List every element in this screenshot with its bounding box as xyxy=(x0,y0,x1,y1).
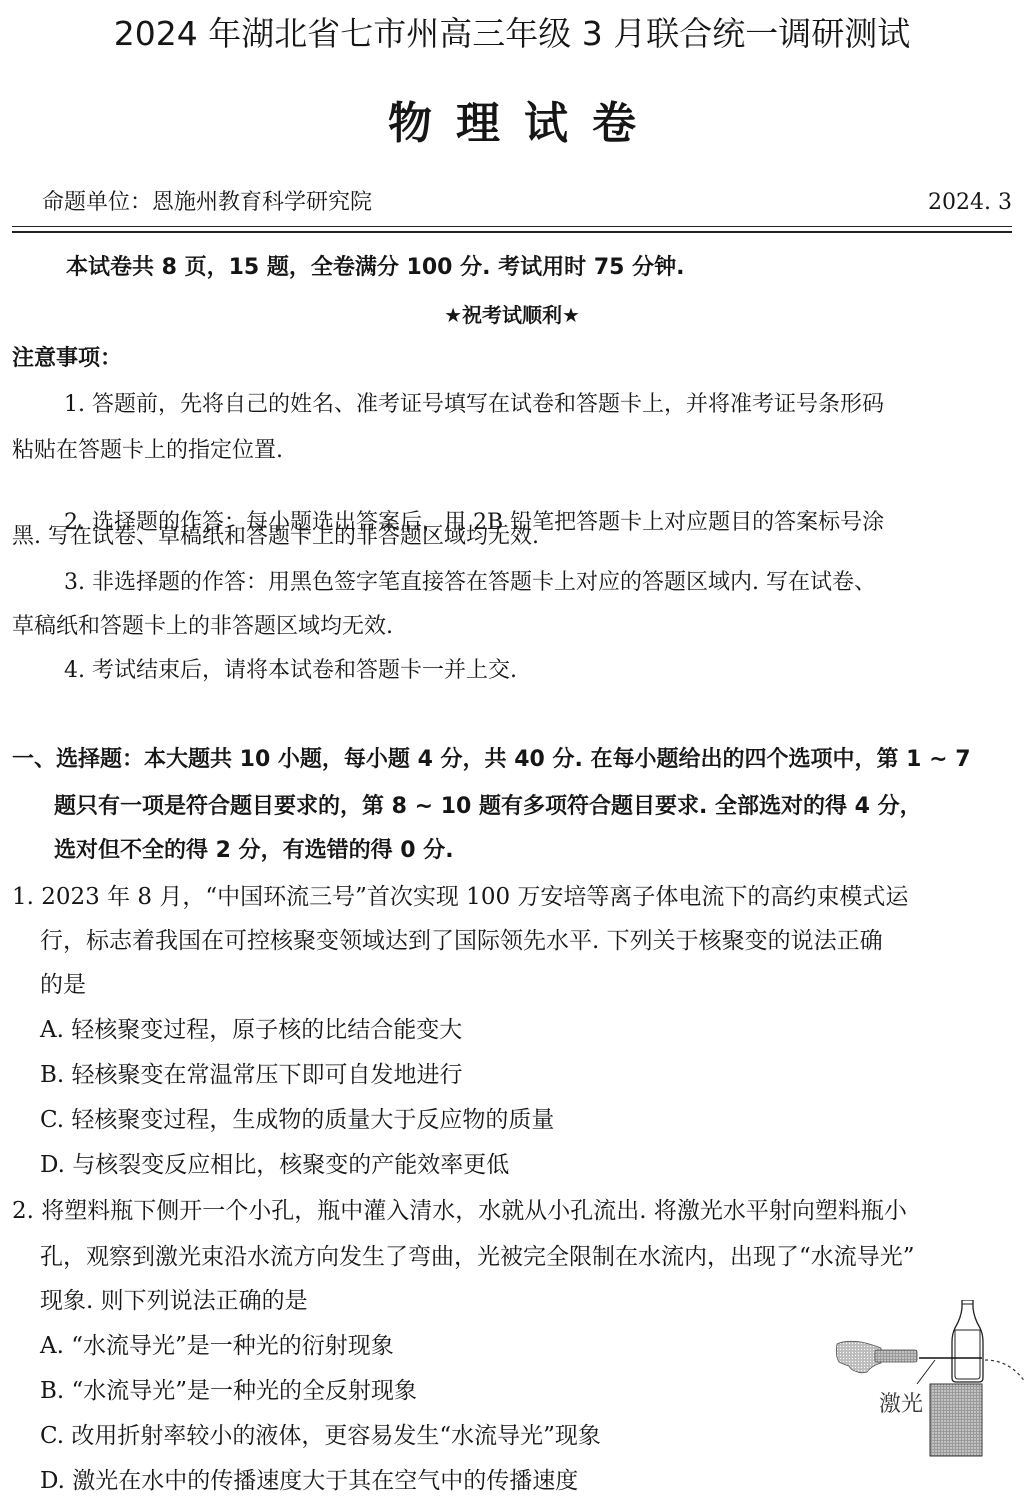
section-instructions: 一、选择题：本大题共 10 小题，每小题 4 分，共 40 分. 在每小题给出的… xyxy=(12,745,971,775)
header-rule-thick xyxy=(12,231,1012,233)
question-stem: 的是 xyxy=(40,970,86,1000)
exam-title: 2024 年湖北省七市州高三年级 3 月联合统一调研测试 xyxy=(0,12,1024,56)
option-b: B. 轻核聚变在常温常压下即可自发地进行 xyxy=(40,1060,463,1090)
question-stem: 行，标志着我国在可控核聚变领域达到了国际领先水平. 下列关于核聚变的说法正确 xyxy=(40,926,883,956)
good-luck-banner: ★祝考试顺利★ xyxy=(0,302,1024,328)
option-d: D. 与核裂变反应相比，核聚变的产能效率更低 xyxy=(40,1150,509,1180)
notice-line: 黑. 写在试卷、草稿纸和答题卡上的非答题区域均无效. xyxy=(12,522,539,552)
exam-info: 本试卷共 8 页，15 题，全卷满分 100 分. 考试用时 75 分钟. xyxy=(66,253,684,283)
notice-line: 1. 答题前，先将自己的姓名、准考证号填写在试卷和答题卡上，并将准考证号条形码 xyxy=(64,390,884,420)
option-c: C. 轻核聚变过程，生成物的质量大于反应物的质量 xyxy=(40,1105,554,1135)
option-b: B. “水流导光”是一种光的全反射现象 xyxy=(40,1376,417,1406)
notices-heading: 注意事项： xyxy=(12,344,122,374)
notice-line: 草稿纸和答题卡上的非答题区域均无效. xyxy=(12,612,393,642)
option-d: D. 激光在水中的传播速度大于其在空气中的传播速度 xyxy=(40,1466,578,1496)
question-stem: 1. 2023 年 8 月，“中国环流三号”首次实现 100 万安培等离子体电流… xyxy=(12,882,908,912)
option-a: A. 轻核聚变过程，原子核的比结合能变大 xyxy=(40,1015,462,1045)
notice-line: 粘贴在答题卡上的指定位置. xyxy=(12,436,283,466)
notice-line: 4. 考试结束后，请将本试卷和答题卡一并上交. xyxy=(64,656,517,686)
notice-line: 3. 非选择题的作答：用黑色签字笔直接答在答题卡上对应的答题区域内. 写在试卷、 xyxy=(64,568,876,598)
laser-label: 激光 xyxy=(879,1392,923,1418)
section-instructions: 题只有一项是符合题目要求的，第 8 ~ 10 题有多项符合题目要求. 全部选对的… xyxy=(54,792,922,822)
water-light-guide-figure: 激光 xyxy=(815,1300,1024,1500)
author-line: 命题单位：恩施州教育科学研究院 xyxy=(42,188,372,218)
question-stem: 孔，观察到激光束沿水流方向发生了弯曲，光被完全限制在水流内，出现了“水流导光” xyxy=(40,1242,915,1272)
subject-title: 物理试卷 xyxy=(0,96,1024,152)
exam-date: 2024. 3 xyxy=(928,188,1012,218)
header-rule-thin xyxy=(12,226,1012,227)
option-a: A. “水流导光”是一种光的衍射现象 xyxy=(40,1331,394,1361)
question-stem: 现象. 则下列说法正确的是 xyxy=(40,1286,308,1316)
question-stem: 2. 将塑料瓶下侧开一个小孔，瓶中灌入清水，水就从小孔流出. 将激光水平射向塑料… xyxy=(12,1196,907,1226)
option-c: C. 改用折射率较小的液体，更容易发生“水流导光”现象 xyxy=(40,1421,601,1451)
section-instructions: 选对但不全的得 2 分，有选错的得 0 分. xyxy=(54,836,454,866)
